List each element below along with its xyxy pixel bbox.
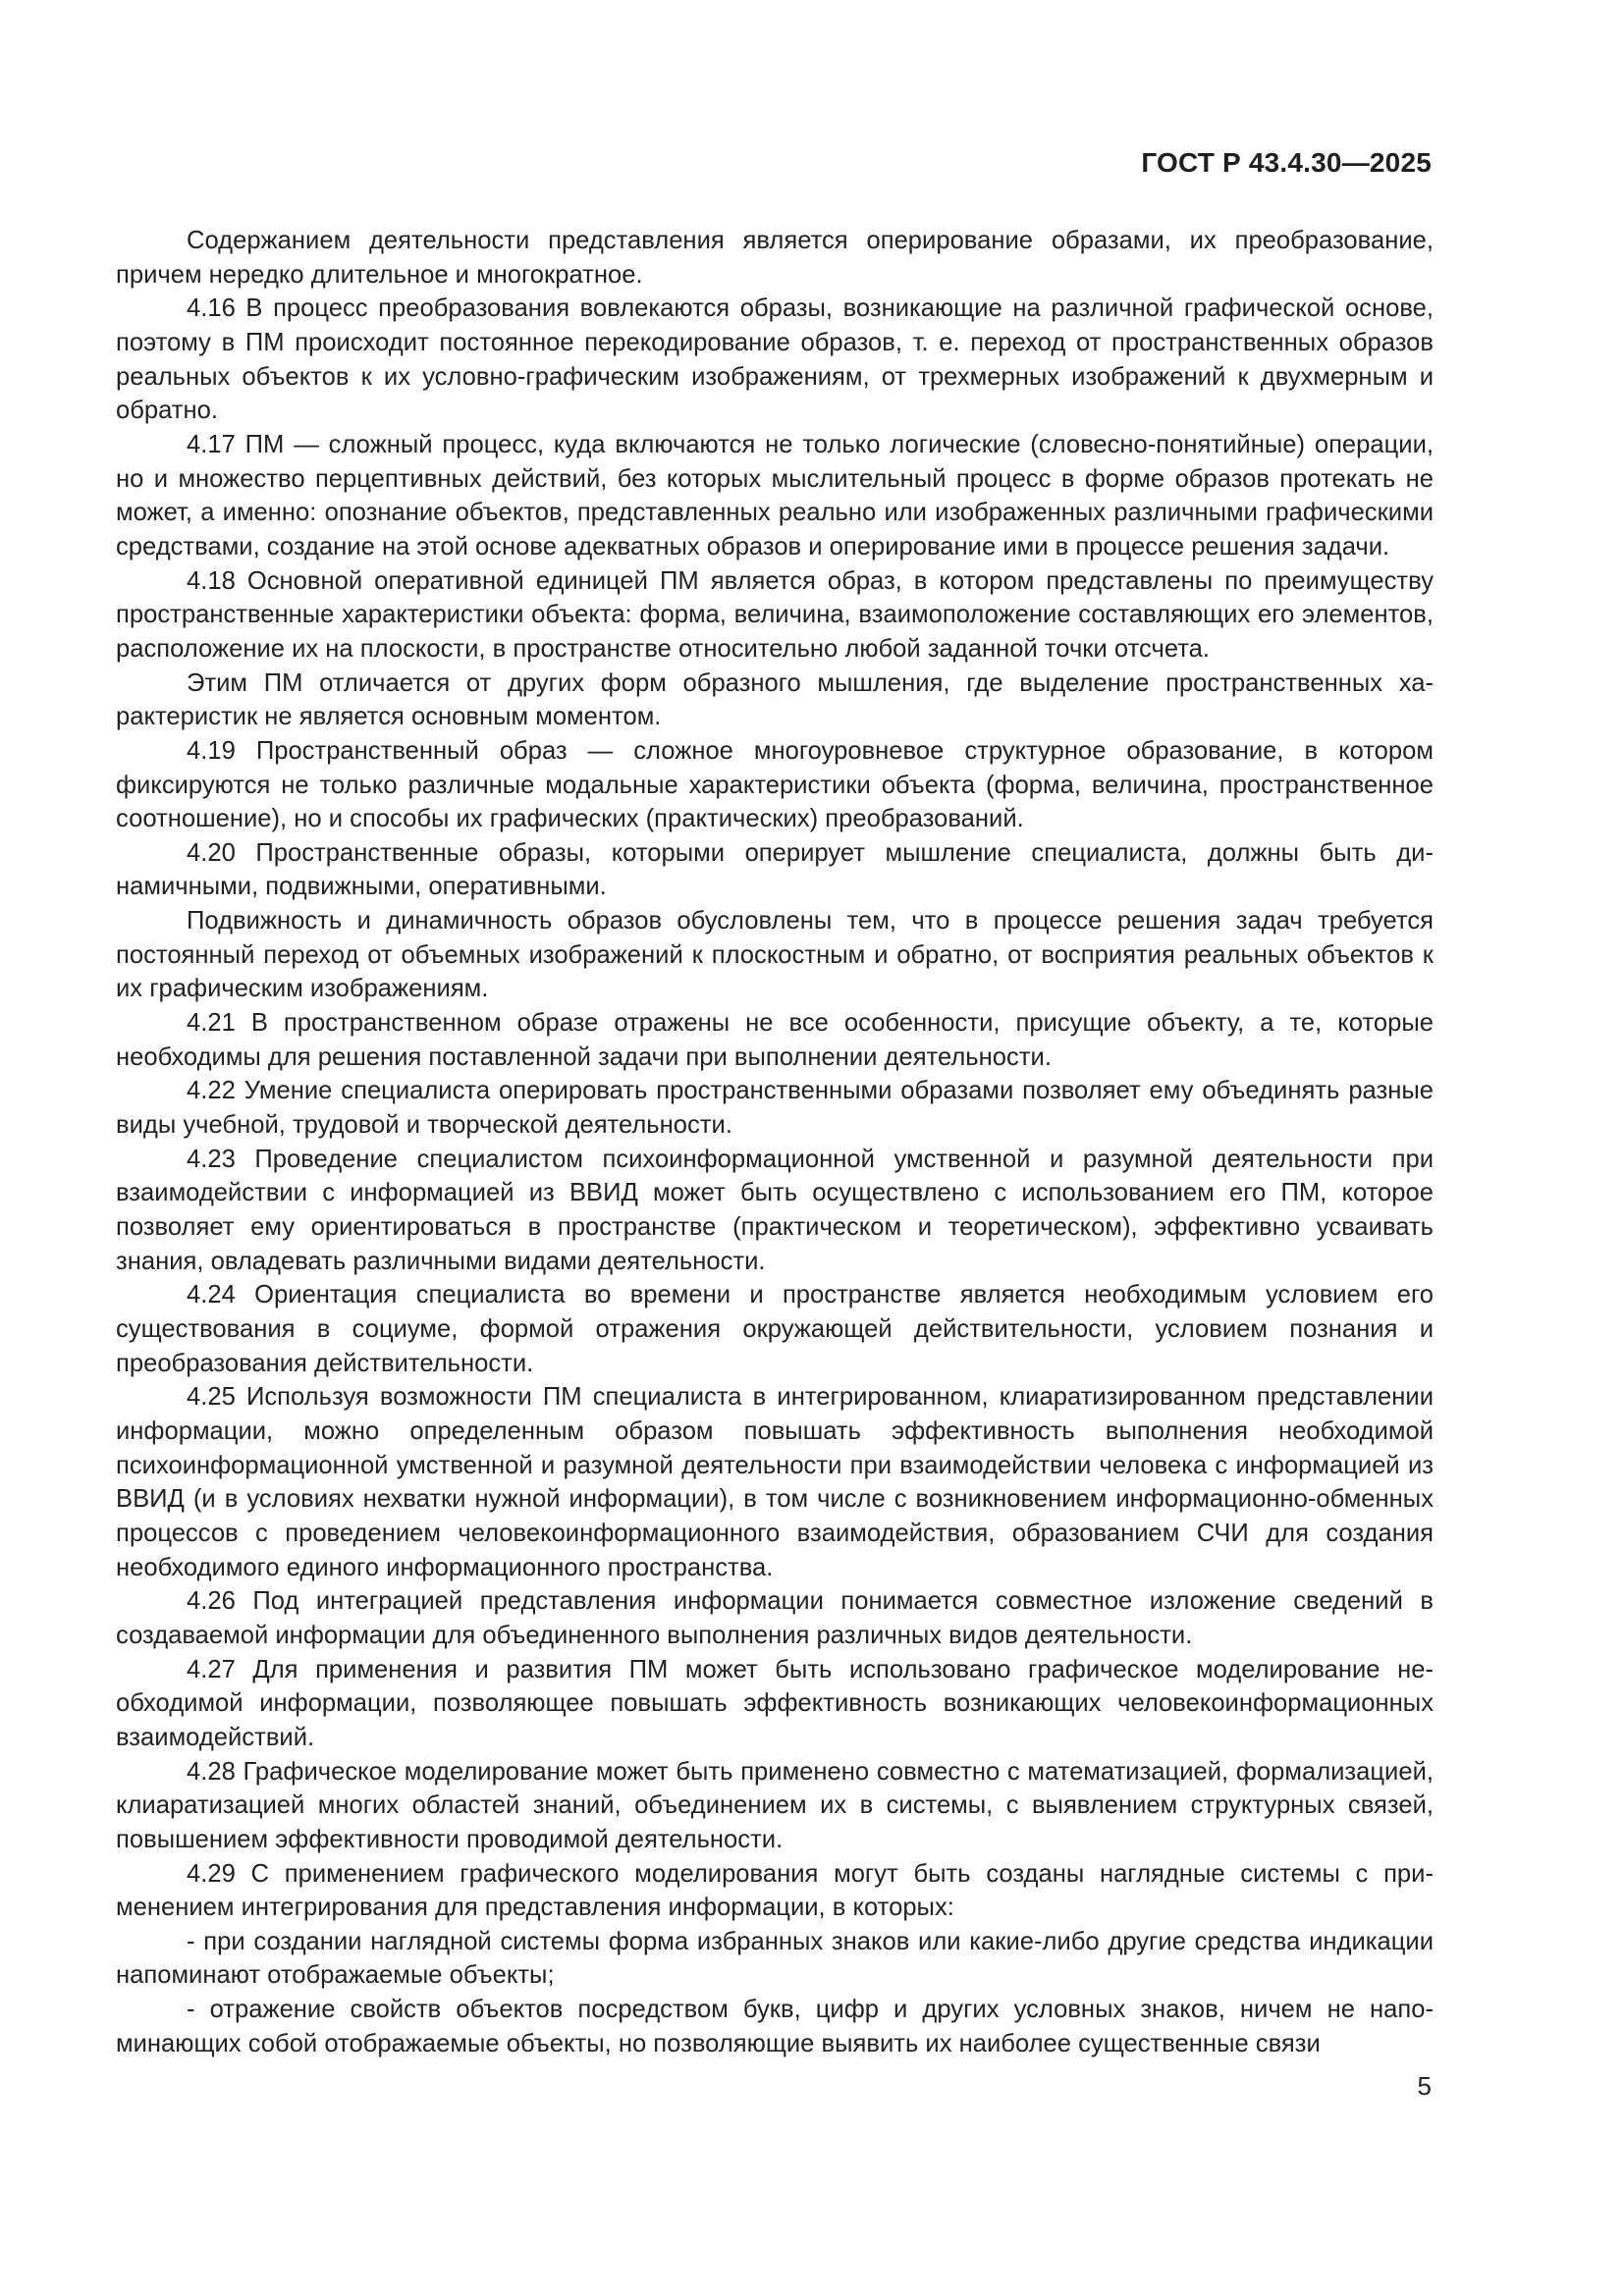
paragraph-4-18: 4.18 Основной оперативной единицей ПМ яв… bbox=[116, 564, 1434, 667]
paragraph-4-25: 4.25 Используя возможности ПМ специалист… bbox=[116, 1380, 1434, 1584]
paragraph-4-19: 4.19 Пространственный образ — сложное мн… bbox=[116, 734, 1434, 836]
body-text: Содержанием деятельности представления я… bbox=[116, 224, 1434, 2060]
paragraph-4-29: 4.29 С применением графического моделиро… bbox=[116, 1857, 1434, 1925]
list-item: - при создании наглядной системы форма и… bbox=[116, 1925, 1434, 1993]
paragraph-4-20: 4.20 Пространственные образы, которыми о… bbox=[116, 836, 1434, 904]
document-code-header: ГОСТ Р 43.4.30—2025 bbox=[1141, 147, 1432, 179]
paragraph-4-21: 4.21 В пространственном образе отражены … bbox=[116, 1006, 1434, 1074]
paragraph-4-16: 4.16 В процесс преобразования вовлекаютс… bbox=[116, 292, 1434, 428]
paragraph-4-18-continued: Этим ПМ отличается от других форм образн… bbox=[116, 667, 1434, 734]
paragraph-4-20-continued: Подвижность и динамичность образов обусл… bbox=[116, 904, 1434, 1006]
document-page: ГОСТ Р 43.4.30—2025 Содержанием деятельн… bbox=[0, 0, 1624, 2296]
list-item: - отражение свойств объектов посредством… bbox=[116, 1993, 1434, 2060]
paragraph-4-24: 4.24 Ориентация специалиста во времени и… bbox=[116, 1278, 1434, 1380]
paragraph-4-26: 4.26 Под интеграцией представления инфор… bbox=[116, 1584, 1434, 1652]
paragraph-4-22: 4.22 Умение специалиста оперировать прос… bbox=[116, 1074, 1434, 1142]
paragraph-4-23: 4.23 Проведение специалистом психоинформ… bbox=[116, 1143, 1434, 1279]
page-number: 5 bbox=[1418, 2071, 1432, 2102]
paragraph-4-17: 4.17 ПМ — сложный процесс, куда включают… bbox=[116, 428, 1434, 564]
paragraph-4-28: 4.28 Графическое моделирование может быт… bbox=[116, 1755, 1434, 1857]
paragraph-4-27: 4.27 Для применения и развития ПМ может … bbox=[116, 1653, 1434, 1755]
paragraph-intro: Содержанием деятельности представления я… bbox=[116, 224, 1434, 292]
